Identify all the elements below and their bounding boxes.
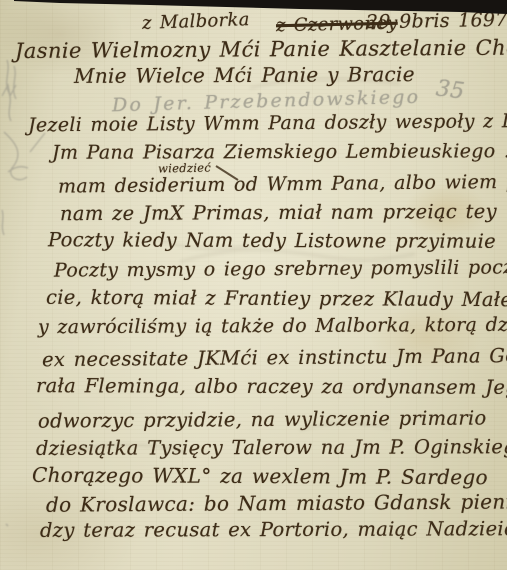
handwritten-line: cie, ktorą miał z Frantiey przez Klaudy …	[46, 286, 507, 312]
handwritten-line: Jezeli moie Listy Wmm Pana doszły wespoł…	[28, 110, 507, 137]
handwritten-line: rała Fleminga, albo raczey za ordynansem…	[36, 374, 507, 399]
handwritten-line: dzy teraz recusat ex Portorio, maiąc Nad…	[40, 517, 507, 542]
handwritten-line: y zawróciliśmy ią także do Malborka, kto…	[38, 314, 507, 339]
dateline-place: z Malborka	[142, 9, 250, 34]
manuscript-page: z Malborka z Czerwoney 29 9bris 1697. Ja…	[0, 0, 507, 570]
handwritten-line: Chorązego WXL° za wexlem Jm P. Sardego	[32, 463, 488, 489]
handwritten-line: nam ze JmX Primas, miał nam przeiąc tey	[60, 200, 497, 225]
handwritten-line: odworzyc przyidzie, na wyliczenie primar…	[38, 406, 487, 432]
handwritten-line: do Kroslawca: bo Nam miasto Gdansk pieni…	[46, 489, 507, 516]
handwritten-line: Poczty mysmy o iego srebrney pomyslili p…	[54, 256, 507, 281]
handwritten-line: mam desiderium od Wmm Pana, albo wiem pi…	[58, 170, 507, 197]
handwritten-line: Jm Pana Pisarza Ziemskiego Lembieuskiego…	[52, 140, 507, 164]
dateline-date: 29 9bris 1697.	[366, 9, 507, 34]
pencil-page-number: 35	[435, 76, 466, 104]
salutation-line: Mnie Wielce Mći Panie y Bracie	[74, 62, 415, 88]
handwritten-line: dziesiątka Tysięcy Talerow na Jm P. Ogin…	[36, 435, 507, 460]
handwritten-line: Poczty kiedy Nam tedy Listowne przyimuie	[48, 228, 496, 253]
salutation-line: Jasnie Wielmozny Mći Panie Kasztelanie C…	[15, 35, 507, 63]
handwritten-line: ex necessitate JKMći ex instinctu Jm Pan…	[42, 344, 507, 371]
